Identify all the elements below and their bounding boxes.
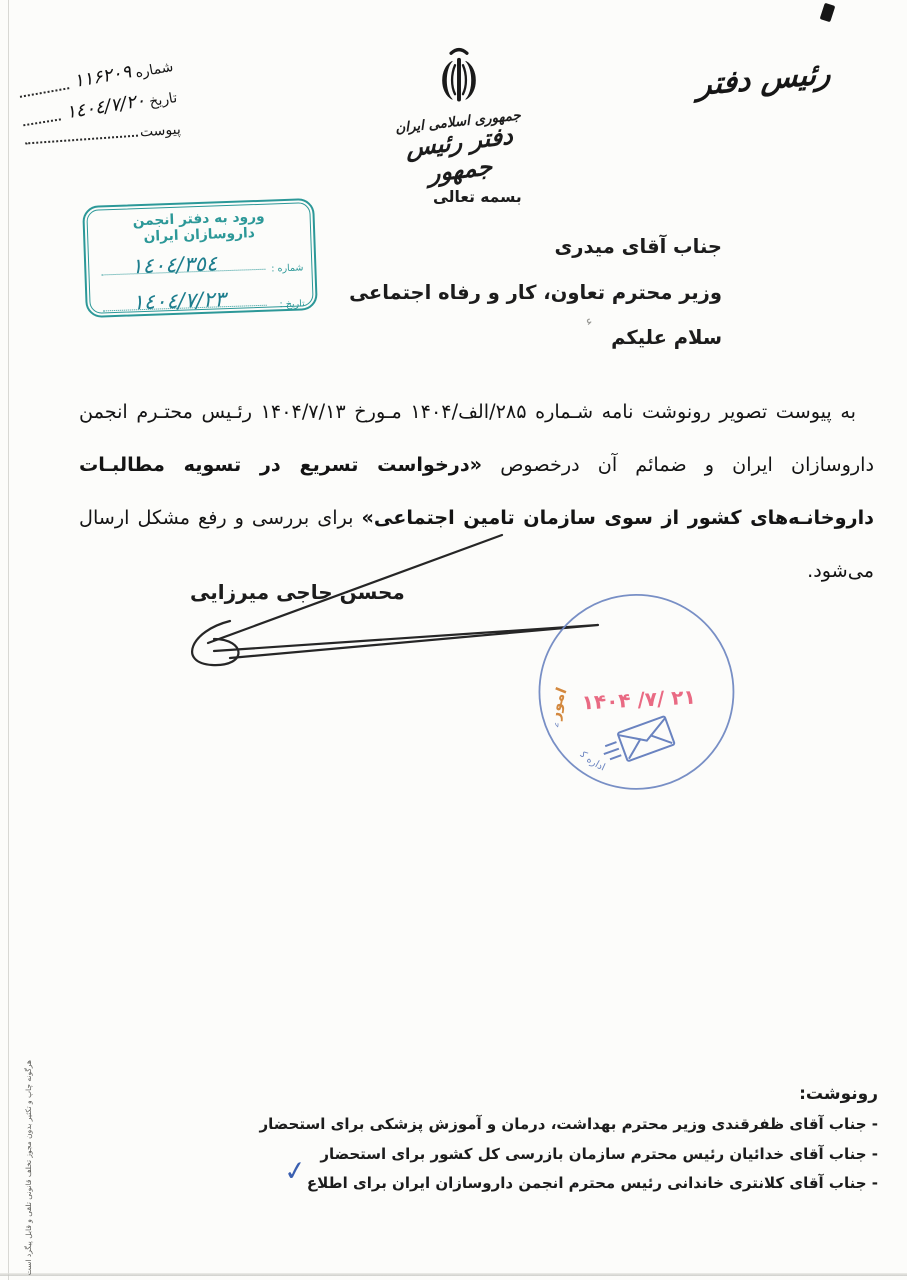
paper-crease (8, 0, 9, 1280)
copies-item: - جناب آقای ظفرقندی وزیر محترم بهداشت، د… (259, 1110, 878, 1140)
registration-date-value: ١٤٠٤/٧/٢٠ (61, 89, 151, 123)
checkmark-icon: ✓ (282, 1155, 309, 1189)
recipient-title: وزیر محترم تعاون، کار و رفاه اجتماعی (349, 270, 722, 316)
copies-header: رونوشت: (259, 1084, 878, 1104)
iran-national-emblem-icon (426, 42, 492, 116)
corner-ink-mark (820, 3, 836, 23)
dispatch-stamp-date: ۱۴۰۴ /۷/ ۲۱ (581, 685, 696, 715)
association-entry-stamp: ورود به دفتر انجمن داروسازان ایران شماره… (82, 198, 318, 318)
side-security-note: هرگونه چاپ و تکثیر بدون مجوز تخلف قانونی… (24, 1060, 33, 1238)
scan-bottom-edge (0, 1273, 907, 1276)
registration-number-label: شماره (134, 59, 174, 81)
entry-stamp-inner-border: ورود به دفتر انجمن داروسازان ایران شماره… (86, 202, 313, 314)
recipient-name: جناب آقای میدری (349, 224, 722, 270)
office-head-handwritten-note: رئیس دفتر (697, 56, 831, 103)
entry-stamp-number-label: شماره : (271, 262, 304, 274)
dotted-leader (20, 87, 69, 98)
registration-date-label: تاریخ (148, 90, 178, 110)
entry-stamp-date-value: ١٤٠٤/٧/٢٣ (132, 287, 226, 314)
registration-block: شماره ۱۱۶۲۰۹ تاریخ ١٤٠٤/٧/٢٠ پیوست (15, 58, 182, 162)
copies-item: - جناب آقای خدائیان رئیس محترم سازمان با… (259, 1140, 878, 1170)
signer-name: محسن حاجی میرزایی (190, 580, 405, 604)
dotted-leader (23, 118, 61, 126)
registration-number-value: ۱۱۶۲۰۹ (68, 61, 137, 93)
scanned-letter-page: ء رئیس دفتر شماره ۱۱۶۲۰۹ تاریخ ١٤٠٤/٧/٢٠… (0, 0, 907, 1280)
entry-stamp-date-row: تاریخ : ١٤٠٤/٧/٢٣ (98, 275, 305, 318)
envelope-icon (599, 716, 675, 768)
entry-stamp-date-label: تاریخ : (279, 298, 304, 310)
recipient-block: جناب آقای میدری وزیر محترم تعاون، کار و … (349, 224, 722, 316)
registration-attachment-label: پیوست (139, 122, 181, 141)
copies-item: - جناب آقای کلانتری خاندانی رئیس محترم ا… (259, 1169, 878, 1199)
salutation-text: سلام علیکم (611, 326, 722, 349)
dotted-leader (25, 135, 138, 145)
entry-stamp-number-value: ١٤٠٤/٣٥٤ (131, 251, 218, 278)
copies-block: رونوشت: - جناب آقای ظفرقندی وزیر محترم ب… (259, 1084, 878, 1199)
basmala-text: بسمه تعالی (433, 188, 522, 206)
